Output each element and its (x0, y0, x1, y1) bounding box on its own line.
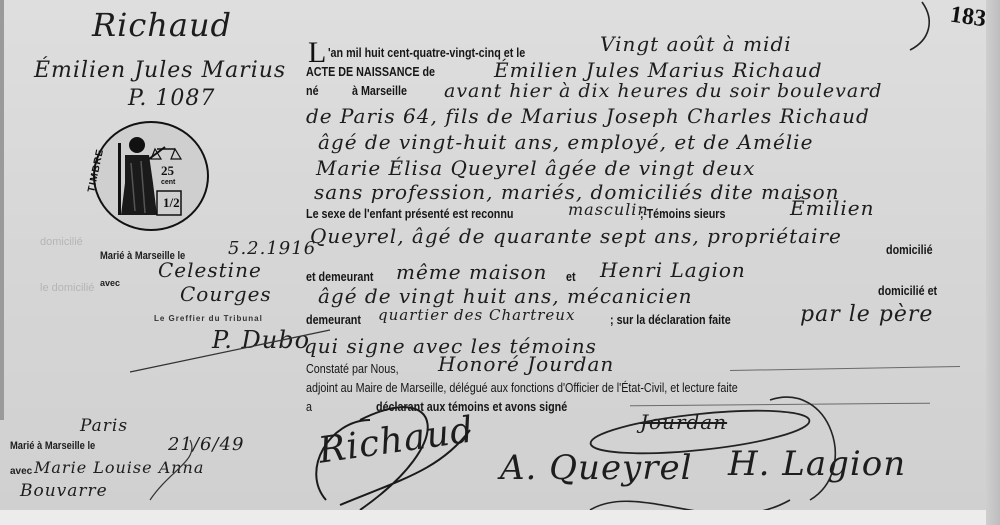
page-edge-right (986, 0, 1000, 525)
mention2-spouse-last: Bouvarre (20, 481, 108, 501)
signature-officer: Jourdan (640, 410, 727, 434)
mention1-avec: avec (100, 278, 120, 288)
printed-sex-label: Le sexe de l'enfant présenté est reconnu (306, 207, 513, 221)
hw-witness1-first: Émilien (790, 196, 874, 220)
hw-born: avant hier à dix heures du soir boulevar… (444, 80, 882, 102)
dropcap-letter: L (308, 38, 326, 68)
hw-line-b: âgé de vingt-huit ans, employé, et de Am… (318, 130, 813, 154)
hw-witness2-first: Henri Lagion (600, 258, 746, 282)
mention2-avec: avec (10, 466, 32, 477)
tax-stamp: 25 cent 1/2 (93, 121, 209, 231)
mention1-signature: P. Dubo (212, 326, 310, 354)
printed-residing-2: demeurant (306, 313, 361, 327)
signature-witness1: A. Queyrel (500, 448, 693, 488)
page-edge-left (0, 0, 4, 420)
hw-witness2-line: âgé de vingt huit ans, mécanicien (318, 284, 693, 308)
mention2-date: 21/6/49 (168, 434, 244, 455)
margin-page-ref: P. 1087 (128, 86, 215, 111)
printed-a: a (306, 400, 312, 414)
printed-constate: Constaté par Nous, (306, 362, 399, 376)
hw-sex: masculin (568, 200, 649, 219)
printed-acte-title: ACTE DE NAISSANCE de (306, 65, 435, 79)
stamp-value-bottom: 1/2 (163, 195, 180, 211)
printed-adjoint: adjoint au Maire de Marseille, délégué a… (306, 381, 738, 395)
hw-line-c: Marie Élisa Queyrel âgée de vingt deux (316, 156, 755, 180)
printed-witnesses-label: ; Témoins sieurs (640, 207, 725, 221)
stamp-value-unit: cent (161, 179, 175, 186)
printed-declaration: ; sur la déclaration faite (610, 313, 731, 327)
mention1-date: 5.2.1916 (228, 238, 316, 259)
faded-text-domicilie-2: le domicilié (40, 282, 94, 294)
printed-and: et (566, 270, 576, 284)
hw-officer: Honoré Jourdan (438, 352, 614, 376)
printed-ne: né (306, 84, 319, 98)
printed-residing-1: et demeurant (306, 270, 374, 284)
mention2-spouse-first: Marie Louise Anna (34, 458, 204, 477)
register-page: Richaud Émilien Jules Marius P. 1087 25 … (0, 0, 1000, 518)
hw-witness1-residence: même maison (396, 260, 547, 284)
mention1-greffier: Le Greffier du Tribunal (154, 314, 263, 323)
mention2-city: Paris (80, 416, 128, 436)
scan-bottom-strip (0, 510, 1000, 525)
faded-text-domicilie: domicilié (40, 236, 83, 248)
mention1-spouse-last: Courges (180, 282, 272, 306)
margin-surname: Richaud (92, 6, 232, 44)
hw-line-a: de Paris 64, fils de Marius Joseph Charl… (306, 104, 870, 128)
hw-child-name: Émilien Jules Marius Richaud (494, 58, 823, 82)
margin-given-names: Émilien Jules Marius (34, 58, 286, 83)
signature-father: Richaud (316, 409, 477, 471)
printed-domicile-1: domicilié (886, 243, 933, 257)
mention1-spouse-first: Celestine (158, 258, 262, 282)
justice-figure-icon (95, 123, 207, 229)
hw-declarant: par le père (800, 302, 933, 327)
hw-witness2-residence: quartier des Chartreux (378, 306, 575, 324)
officer-underline (730, 366, 960, 371)
printed-a-marseille: à Marseille (352, 84, 407, 98)
mention2-stamp: Marié à Marseille le (10, 440, 95, 452)
register-number: 183 (948, 2, 987, 34)
stamp-value-top: 25 (161, 163, 174, 179)
printed-domicile-2: domicilié et (878, 284, 937, 298)
signed-underline (630, 403, 930, 407)
hw-date: Vingt août à midi (600, 32, 792, 56)
hw-witness1-line: Queyrel, âgé de quarante sept ans, propr… (310, 224, 842, 248)
signature-witness2: H. Lagion (728, 444, 906, 484)
